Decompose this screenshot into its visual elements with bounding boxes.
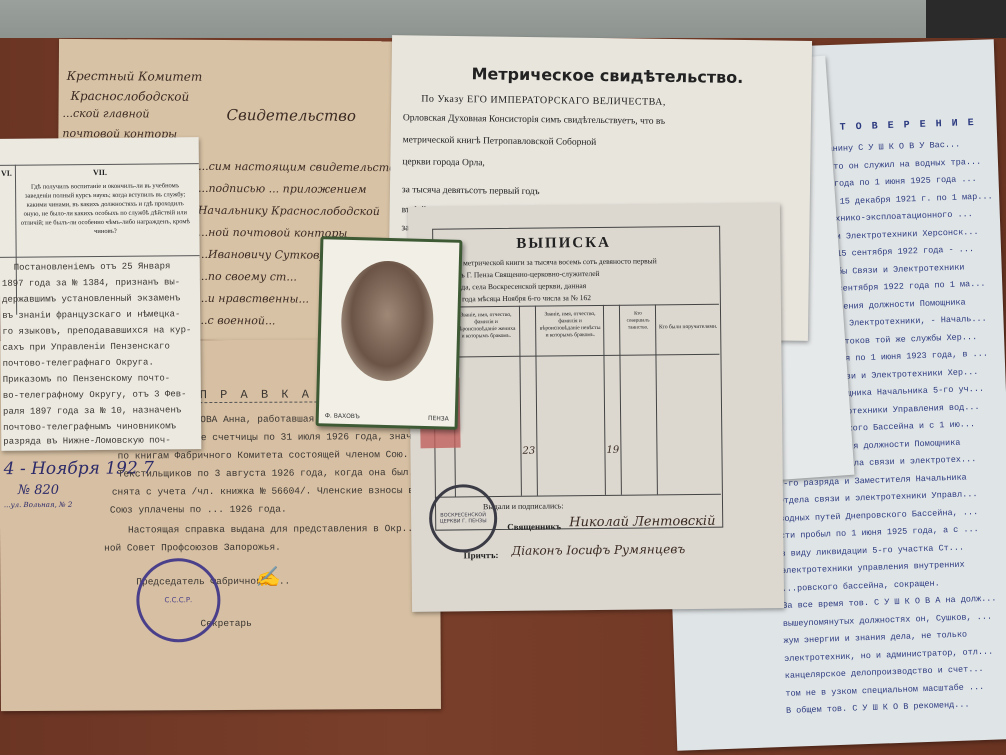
vyp-col-groom: Званіе, имя, отчество, фамилія и вѣроисп… xyxy=(455,312,517,341)
spravka-line: Текстильщиков по 3 августа 1926 года, ко… xyxy=(118,467,426,480)
photo-caption: Ф. ВАХОВЪ ПЕНЗА xyxy=(325,412,449,422)
spravka-stamp-number: № 820 xyxy=(18,483,59,498)
metr-line: за тысяча девятьсотъ первый годъ xyxy=(402,185,540,197)
vyp-clergy-signature: Діаконъ Іосифъ Румянцевъ xyxy=(511,542,685,558)
record-line: сахъ при Управленіи Пензенскаго xyxy=(2,341,170,352)
cert-header-line: Краснослободской xyxy=(71,89,190,104)
metr-line: церкви города Орла, xyxy=(402,157,485,168)
col-7-description: Гдѣ получилъ воспитаніе и окончилъ-ли въ… xyxy=(19,181,191,236)
vyp-header-line: уѣзда, села Воскресенской церкви, данная xyxy=(451,281,586,291)
cert-header-line: ...ской главной xyxy=(62,107,149,121)
record-line: въ знаніи французскаго и нѣмецка- xyxy=(2,309,180,321)
record-line: Приказомъ по Пензенскому почто- xyxy=(3,373,171,384)
vyp-priest-label: Священникъ xyxy=(507,521,561,532)
spravka-signature: ✍ xyxy=(255,565,280,589)
cert-header-line: Крестный Комитет xyxy=(67,69,203,84)
vyp-age-groom: 23 xyxy=(522,446,535,457)
vyp-title: ВЫПИСКА xyxy=(516,235,611,253)
portrait-photograph: Ф. ВАХОВЪ ПЕНЗА xyxy=(316,236,463,430)
church-seal: ВОСКРЕСЕНСКОЙ ЦЕРКВИ Г. ПЕНЗЫ xyxy=(429,484,498,553)
vyp-col-bride: Званіе, имя, отчество, фамилія и вѣроисп… xyxy=(539,311,601,340)
metr-line: Орловская Духовная Консисторія симъ свид… xyxy=(403,113,665,127)
record-line: во-телеграфному Округу, отъ 3 Фев- xyxy=(3,389,187,401)
seal-text: ВОСКРЕСЕНСКОЙ ЦЕРКВИ Г. ПЕНЗЫ xyxy=(432,512,494,525)
vyp-header-line: годъ Г. Пенза Священно-церковно-служител… xyxy=(451,269,600,280)
cert-body-line: ...сим настоящим свидетельство xyxy=(198,160,394,174)
cert-body-line: ...по своему ст... xyxy=(197,270,297,284)
metr-title: Метрическое свидѣтельство. xyxy=(471,64,743,87)
cert-body-line: ...и нравственны... xyxy=(197,292,309,306)
vyp-age-bride: 19 xyxy=(606,445,619,456)
cert-body-line: Начальнику Краснослободской xyxy=(198,204,380,218)
vyp-col-witnesses: Кто были поручителями. xyxy=(657,324,719,332)
service-record-sheet: VI. VII. Гдѣ получилъ воспитаніе и оконч… xyxy=(0,137,201,451)
cert-body-line: ...с военной... xyxy=(197,314,275,328)
wall-background xyxy=(0,0,1006,40)
spravka-line: Союз уплачены по ... 1926 года. xyxy=(110,504,287,516)
record-line: го языковъ, преподававшихся на кур- xyxy=(2,325,191,337)
record-line: раля 1897 года за № 10, назначенъ xyxy=(3,405,181,417)
record-line: почтово-телеграфнаго Округа. xyxy=(3,358,154,369)
cert-body-line: ...Ивановичу Суткову xyxy=(198,248,326,262)
vyp-priest-name: Николай Лентовскій xyxy=(569,514,715,531)
record-line: Постановленіемъ отъ 25 Января xyxy=(14,261,171,272)
cert-body-line: ...подписью ... приложением xyxy=(198,182,367,196)
spravka-stamp-address: ...ул. Вольная, № 2 xyxy=(4,501,72,509)
vyp-col-officiant: Кто совершалъ таинство. xyxy=(623,310,653,331)
metr-line: метрической книгѣ Петропавловской Соборн… xyxy=(403,135,597,148)
cert-title: Свидетельство xyxy=(226,106,356,125)
col-header-7: VII. xyxy=(93,168,107,177)
metr-line: По Указу ЕГО ИМПЕРАТОРСКАГО ВЕЛИЧЕСТВА, xyxy=(421,93,666,107)
spravka-seal: С.С.С.Р. xyxy=(136,558,220,642)
record-line: разряда въ Нижне-Ломовскую поч- xyxy=(3,435,171,446)
spravka-line: ной Совет Профсоюзов Запорожья. xyxy=(104,542,281,554)
record-line: державшимъ установленный экзаменъ xyxy=(2,293,180,305)
portrait-oval xyxy=(340,260,435,382)
seal-text: С.С.С.Р. xyxy=(164,596,192,604)
marriage-extract-document: ВЫПИСКА изъ метрической книги за тысяча … xyxy=(408,203,784,612)
spravka-line: по книгам Фабричного Комитета состоящей … xyxy=(118,449,420,462)
record-line: 1897 года за № 1384, признанъ вы- xyxy=(2,277,180,289)
spravka-title: С П Р А В К А . xyxy=(179,387,332,403)
photo-city: ПЕНЗА xyxy=(428,415,449,423)
photographer-name: Ф. ВАХОВЪ xyxy=(325,412,360,420)
col-header-6: VI. xyxy=(1,169,12,178)
spravka-line: снята с учета /чл. книжка № 56604/. Член… xyxy=(112,485,414,498)
record-line: почтово-телеграфнымъ чиновникомъ xyxy=(3,421,176,433)
spravka-line: Настоящая справка выдана для представлен… xyxy=(128,523,419,536)
vyp-header-line: ...1 года мѣсяца Ноября 6-го числа за № … xyxy=(451,293,591,303)
